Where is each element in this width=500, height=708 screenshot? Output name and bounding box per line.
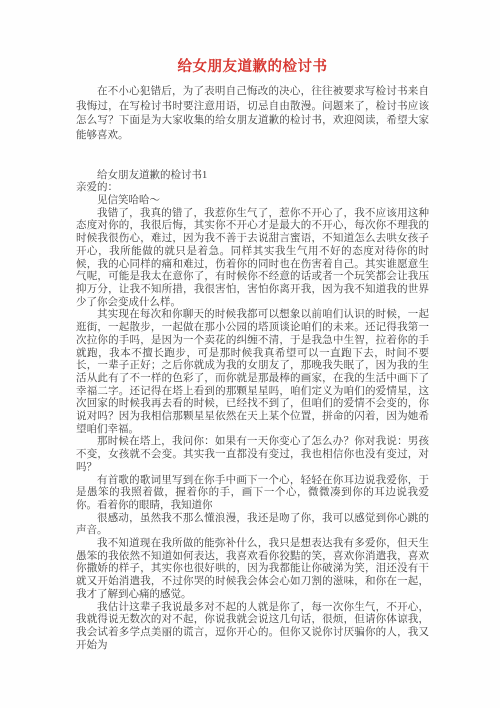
letter-paragraph: 我估计这辈子我说最多对不起的人就是你了，每一次你生气，不开心，我就得说无数次的对… <box>76 602 429 653</box>
letter-paragraph: 那时候在塔上，我问你：如果有一天你变心了怎么办？你对我说：男孩不变，女孩就不会变… <box>76 436 429 474</box>
salutation: 亲爱的： <box>76 182 429 195</box>
letter-paragraph: 我错了，我真的错了，我惹你生气了，惹你不开心了，我不应该用这种态度对你的，我很后… <box>76 208 429 310</box>
section-heading: 给女朋友道歉的检讨书1 <box>76 169 429 182</box>
greeting-line: 见信笑哈哈～ <box>76 195 429 208</box>
letter-paragraph: 我不知道现在我所做的能弥补什么，我只是想表达我有多爱你，但天生愚笨的我依然不知道… <box>76 538 429 602</box>
letter-paragraph: 其实现在每次和你聊天的时候我都可以想象以前咱们认识的时候，一起逛街，一起散步，一… <box>76 309 429 436</box>
letter-body: 亲爱的： 见信笑哈哈～ 我错了，我真的错了，我惹你生气了，惹你不开心了，我不应该… <box>76 182 429 652</box>
document-page: 给女朋友道歉的检讨书 在不小心犯错后，为了表明自己悔改的决心，往往被要求写检讨书… <box>0 0 500 708</box>
document-title: 给女朋友道歉的检讨书 <box>76 56 429 78</box>
letter-paragraph: 有首歌的歌词里写到在你手中画下一个心，轻轻在你耳边说我爱你，于是愚笨的我照着做，… <box>76 475 429 513</box>
letter-paragraph: 很感动，虽然我不那么懂浪漫，我还是吻了你，我可以感觉到你心跳的声音。 <box>76 513 429 538</box>
intro-paragraph: 在不小心犯错后，为了表明自己悔改的决心，往往被要求写检讨书来自我悔过，在写检讨书… <box>76 85 429 143</box>
